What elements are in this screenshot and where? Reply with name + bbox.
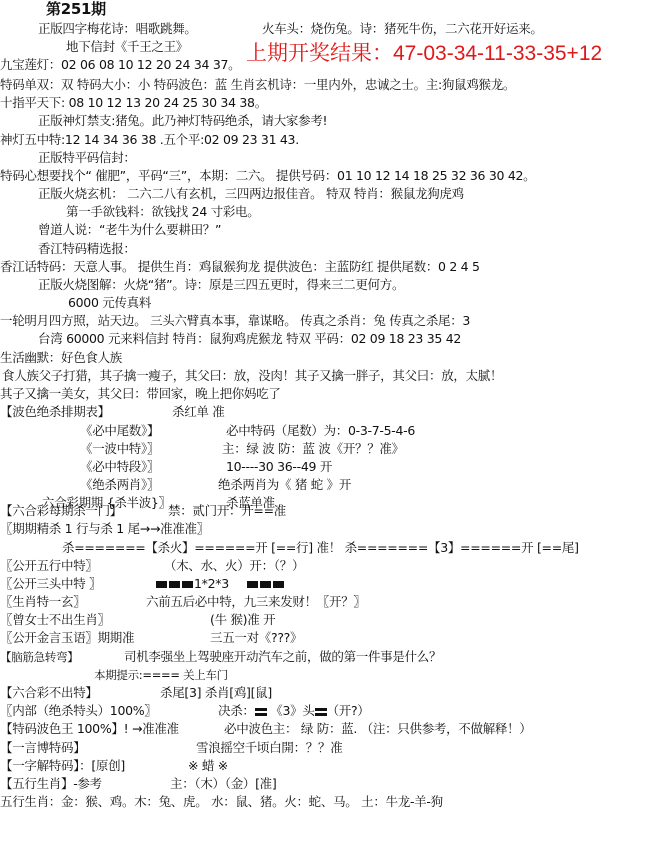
- one-word-bet: 【一言博特码】: [0, 740, 85, 756]
- must-tail: 《必中尾数》】: [80, 423, 159, 439]
- hk-select: 香江特码精选报：: [38, 241, 136, 257]
- last-result-label: 上期开奖结果：: [246, 42, 393, 65]
- first-hand-material: 第一手欲钱料：欲钱找 24 寸彩电。: [66, 204, 259, 220]
- zodiac-mystery: 〖生肖特一玄〗: [0, 594, 85, 610]
- underground-envelope: 地下信封《千王之王》: [66, 39, 188, 55]
- golden-words: 〖公开金言玉语〗期期准: [0, 630, 134, 646]
- three-heads-special: 〖公开三头中特 〗: [0, 576, 101, 592]
- one-wave: 《一波中特》〗: [80, 441, 159, 457]
- must-tail-value: 必中特码（尾数）为：0-3-7-5-4-6: [226, 423, 415, 439]
- humor-line-2: 其子又擒一美女，其父曰：带回家，晚上把你妈吃了: [0, 386, 281, 402]
- flat-code-envelope: 正版特平码信封：: [38, 150, 136, 166]
- bar-glyph-icon: [315, 708, 327, 716]
- wave-king-value: 必中波色主： 绿 防：蓝. （注：只供参考，不做解释！）: [224, 721, 532, 737]
- kill-one-door-value: 禁：贰门开：开==准: [168, 503, 286, 519]
- one-char-solution-value: ※ 蜡 ※: [188, 758, 228, 774]
- taiwan-envelope: 台湾 60000 元来料信封 特肖：鼠狗鸡虎猴龙 特双 平码：02 09 18 …: [38, 331, 461, 347]
- plum-poem: 正版四字梅花诗：唱歌跳舞。: [38, 21, 197, 37]
- last-result-numbers: 47-03-34-11-33-35+12: [393, 42, 602, 65]
- one-char-solution: 【一字解特码】：[原创]: [0, 758, 125, 774]
- must-segment: 《必中特段》〗: [80, 459, 159, 475]
- no-special-value: 杀尾[3] 杀肖[鸡][鼠]: [160, 685, 272, 701]
- brain-teaser-question: 司机李强坐上驾驶座开动汽车之前，做的第一件事是什么？: [124, 649, 441, 665]
- zodiac-mystery-value: 六前五后必中特，九三来发财！〖开？〗: [146, 594, 366, 610]
- three-heads-value: 1*2*3: [156, 576, 285, 592]
- bar-glyph-icon: [255, 708, 267, 716]
- lamp-ban: 正版神灯禁支:猪兔。此乃神灯特码绝杀，请大家参考!: [38, 113, 327, 129]
- special-code-wish: 特码心想要找个“ 催肥”，平码“三”，本期：二六。 提供号码：01 10 12 …: [0, 168, 535, 184]
- brain-teaser: 【脑筋急转弯】: [0, 649, 78, 665]
- must-segment-value: 10----30 36--49 开: [226, 459, 332, 475]
- fire-mystery: 正版火烧玄机： 二六二八有玄机，三四两边报佳音。 特双 特肖：猴鼠龙狗虎鸡: [38, 186, 464, 202]
- kill-two-zodiac-value: 绝杀两肖为《 猪 蛇 》开: [218, 477, 351, 493]
- golden-words-value: 三五一对《???》: [210, 630, 302, 646]
- five-elements-special: 〖公开五行中特〗: [0, 558, 98, 574]
- hk-special: 香江话特码：天意人事。 提供生肖：鸡鼠猴狗龙 提供波色：主蓝防红 提供尾数：0 …: [0, 259, 480, 275]
- wave-kill-value: 杀红单 准: [172, 404, 224, 420]
- five-elements-zodiac: 【五行生肖】-参考: [0, 776, 102, 792]
- nine-treasure-lamp: 九宝莲灯：02 06 08 10 12 20 24 34 37。: [0, 57, 240, 73]
- kill-fire-line: 杀=======【杀火】======开 [==行] 准！ 杀=======【3】…: [62, 540, 579, 556]
- issue-number: 第251期: [46, 1, 106, 17]
- special-code-summary: 特码单双：双 特码大小：小 特码波色：蓝 生肖玄机诗：一里内外，忠诚之士。主:狗…: [0, 77, 515, 93]
- bar-glyph-icon: [247, 581, 285, 588]
- one-wave-value: 主：绿 波 防：蓝 波《开？？准》: [222, 441, 404, 457]
- humor-line-1: 食人族父子打猎，其子擒一瘦子，其父曰：放，没肉！其子又擒一胖子，其父曰：放，太腻…: [2, 368, 502, 384]
- ms-zeng-value: (牛 猴)准 开: [210, 612, 275, 628]
- ms-zeng-zodiac: 〖曾女士不出生肖〗: [0, 612, 110, 628]
- ten-fingers: 十指平天下: 08 10 12 13 20 24 25 30 34 38。: [0, 95, 267, 111]
- humor-title: 生活幽默：好色食人族: [0, 350, 122, 366]
- no-special: 【六合彩不出特】: [0, 685, 98, 701]
- fax-material-6000: 6000 元传真料: [68, 295, 151, 311]
- kill-two-zodiac: 《绝杀两肖》〗: [80, 477, 159, 493]
- fire-diagram: 正版火烧图解：火烧“猪”。诗：原是三四五更时，得来三二更何方。: [38, 277, 404, 293]
- kill-one-door: 【六合彩每期杀一门】: [0, 503, 122, 519]
- last-result-banner: 上期开奖结果：47-03-34-11-33-35+12: [246, 41, 602, 67]
- internal-kill-head: 〖内部（绝杀特头）100%〗: [0, 703, 157, 719]
- bright-moon: 一轮明月四方照，站天边。 三头六臂真本事，靠谋略。 传真之杀肖：兔 传真之杀尾：…: [0, 313, 470, 329]
- internal-kill-head-value: 决杀： 《3》头（开?）: [218, 703, 370, 719]
- kill-one-element: 〖期期精杀 1 行与杀 1 尾→→准准准〗: [0, 521, 209, 537]
- wave-kill-table: 【波色绝杀排期表】: [0, 404, 110, 420]
- five-elements-list: 五行生肖：金：猴、鸡。木：兔、虎。 水：鼠、猪。火：蛇、马。 土：牛龙-羊-狗: [0, 794, 443, 810]
- bar-glyph-icon: [156, 581, 194, 588]
- five-elements-value: （木、水、火）开：（？）: [164, 558, 304, 574]
- lamp-five: 神灯五中特:12 14 34 36 38 .五个平:02 09 23 31 43…: [0, 132, 299, 148]
- wave-king: 【特码波色王 100%】! →准准准: [0, 721, 179, 737]
- five-elements-zodiac-value: 主：（木）（金）[准]: [170, 776, 276, 792]
- zeng-says: 曾道人说：“老牛为什么要耕田？”: [38, 222, 221, 238]
- teaser-hint: 本期提示:==== 关上车门: [94, 667, 228, 683]
- one-word-bet-value: 雪浪摇空千顷白開：？？准: [196, 740, 342, 756]
- train-head: 火车头：烧伤兔。诗：猪死牛伤，二六花开好运来。: [262, 21, 543, 37]
